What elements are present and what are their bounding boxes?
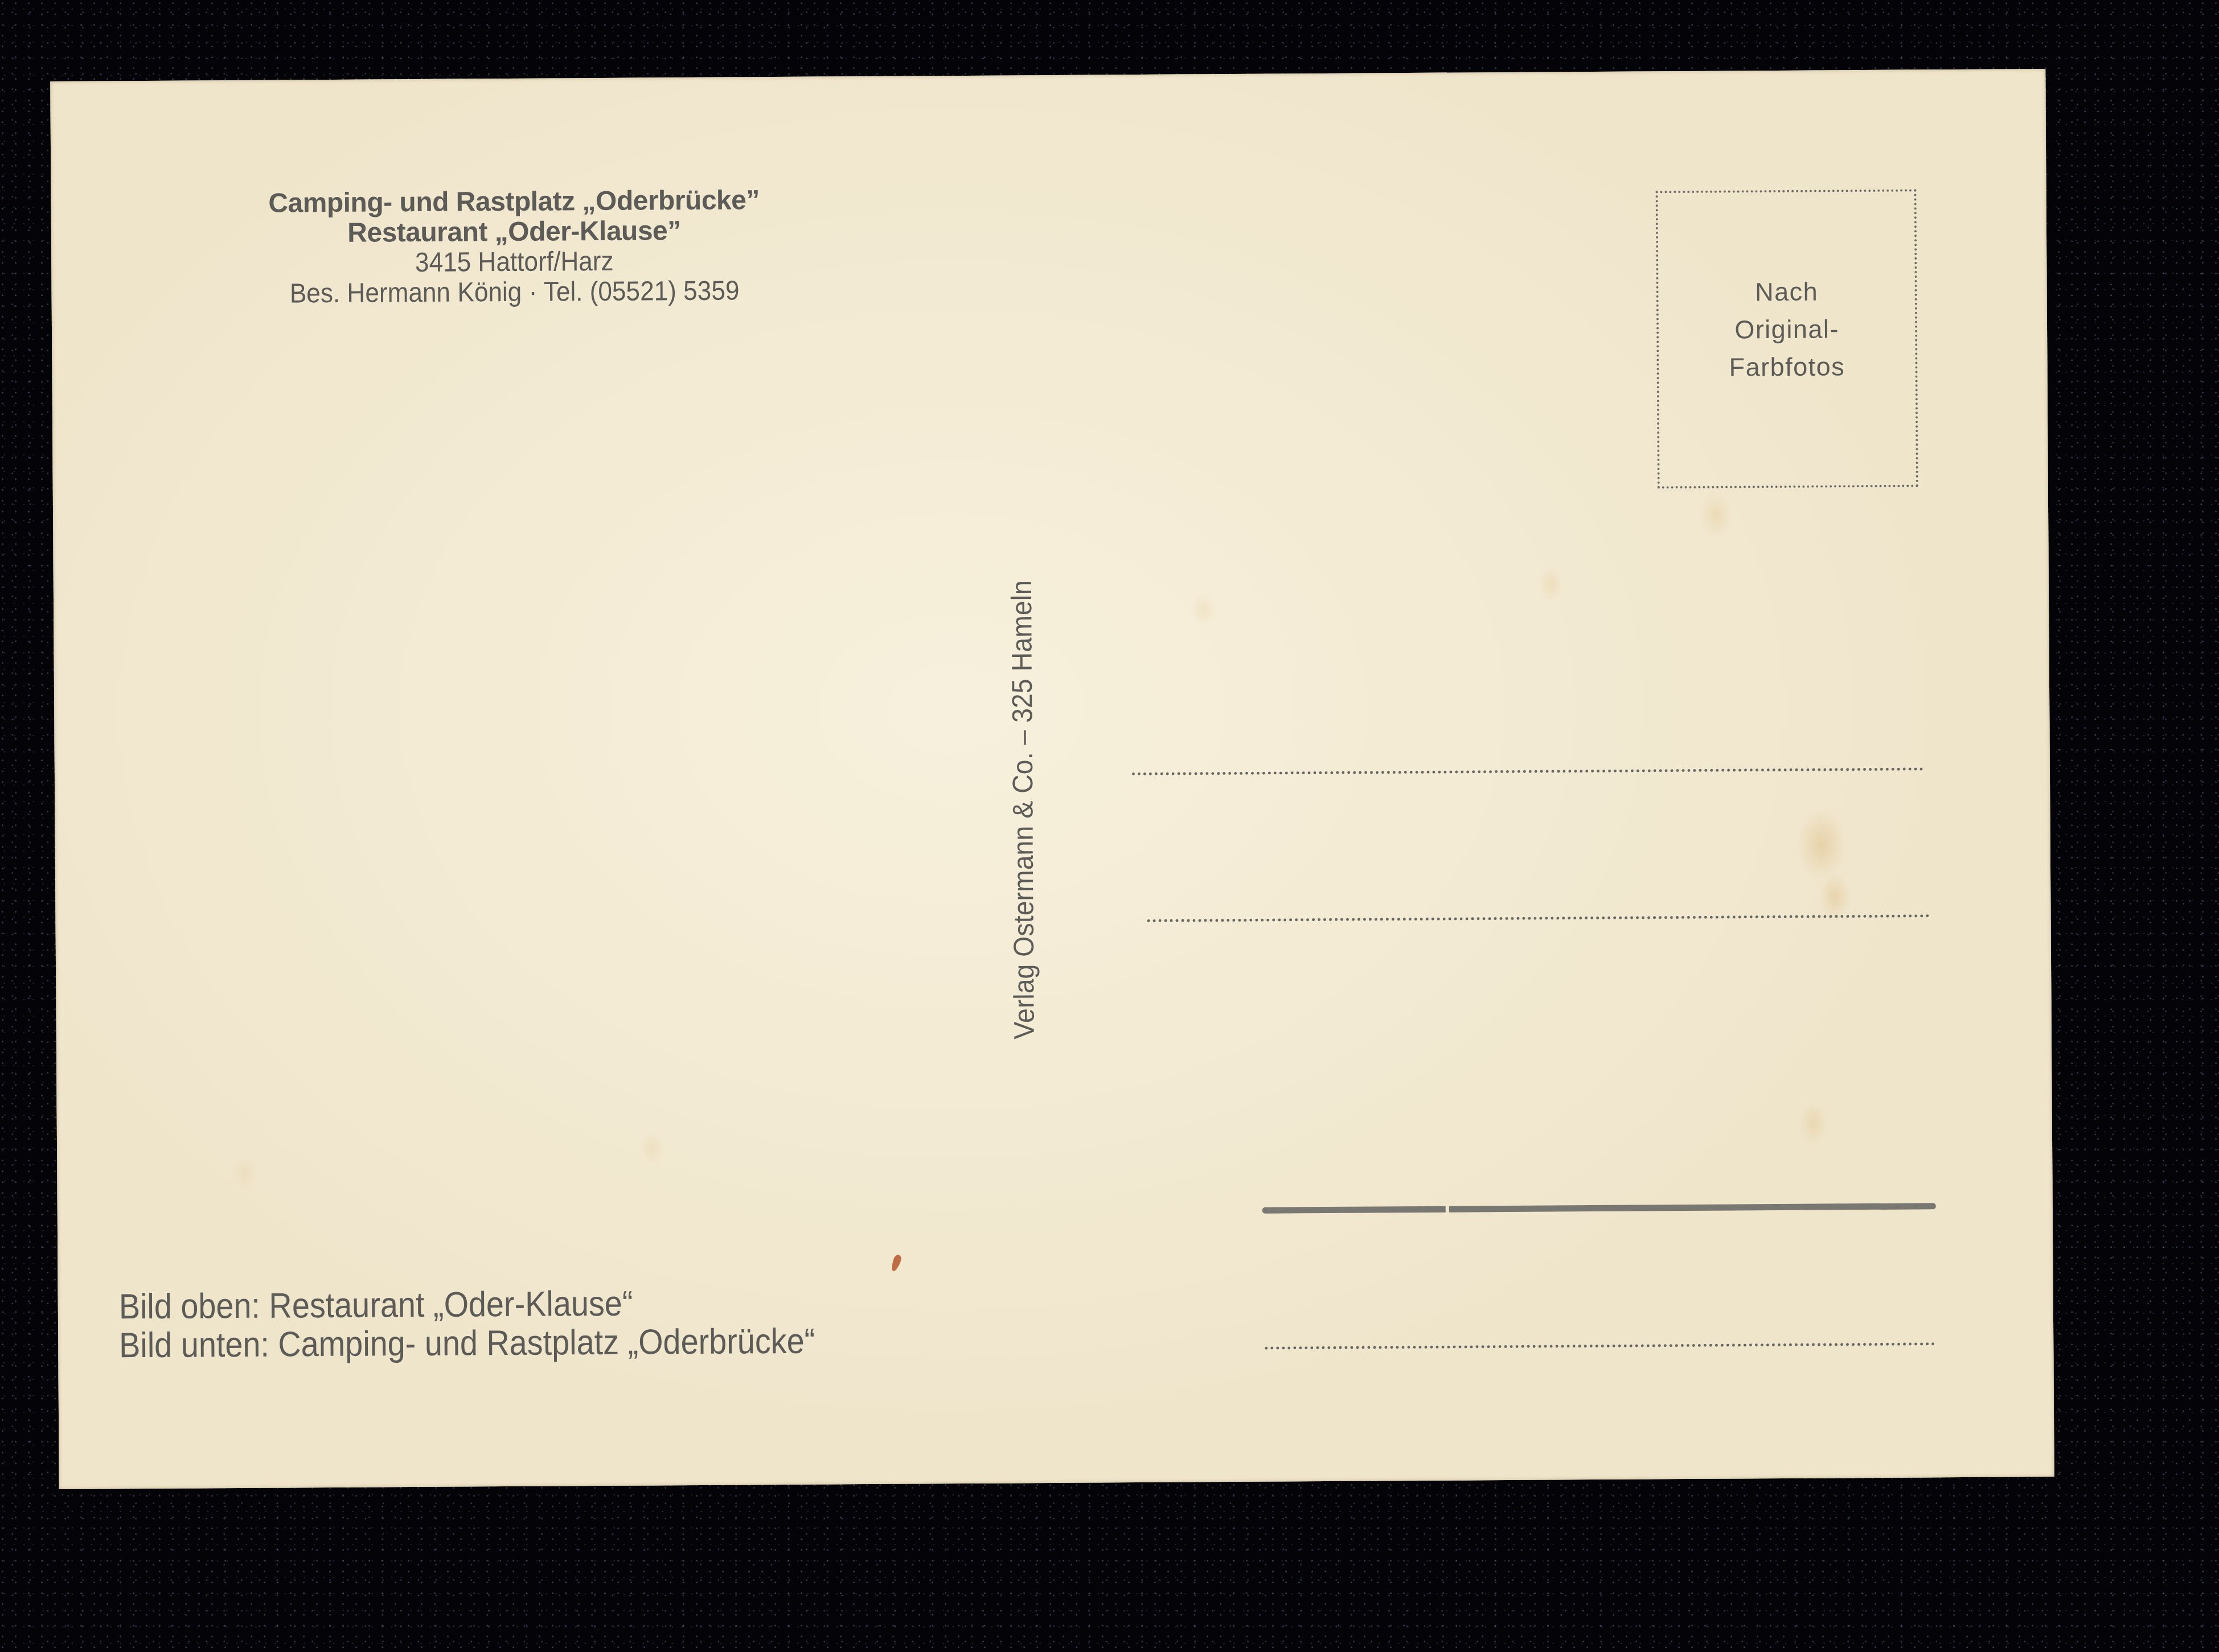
caption-top-picture: Bild oben: Restaurant „Oder-Klause“ <box>119 1284 815 1327</box>
header-address: 3415 Hattorf/Harz <box>252 245 776 279</box>
address-line-2 <box>1147 914 1930 922</box>
stamp-box-text: Nach Original- Farbfotos <box>1658 272 1915 387</box>
red-ink-mark <box>890 1254 903 1272</box>
header-restaurant-name: Restaurant „Oder-Klause” <box>229 215 799 249</box>
publisher-imprint: Verlag Ostermann & Co. – 325 Hameln <box>1005 580 1041 1039</box>
header-camping-name: Camping- und Rastplatz „Oderbrücke” <box>229 185 798 219</box>
postcard-back: Camping- und Rastplatz „Oderbrücke” Rest… <box>50 69 2054 1489</box>
stamp-text-line1: Nach <box>1658 272 1914 311</box>
stamp-placeholder-box: Nach Original- Farbfotos <box>1656 189 1918 488</box>
address-line-4 <box>1265 1342 1935 1349</box>
picture-captions: Bild oben: Restaurant „Oder-Klause“ Bild… <box>119 1284 815 1366</box>
stamp-text-line2: Original- <box>1659 310 1915 349</box>
address-line-1 <box>1132 767 1923 775</box>
address-line-3-solid <box>1262 1203 1936 1213</box>
caption-bottom-picture: Bild unten: Camping- und Rastplatz „Oder… <box>119 1322 815 1366</box>
solid-line-gap <box>1446 1206 1449 1213</box>
sender-header: Camping- und Rastplatz „Oderbrücke” Rest… <box>229 185 799 309</box>
header-owner-phone: Bes. Hermann König · Tel. (05521) 5359 <box>252 276 776 309</box>
stamp-text-line3: Farbfotos <box>1659 347 1915 387</box>
